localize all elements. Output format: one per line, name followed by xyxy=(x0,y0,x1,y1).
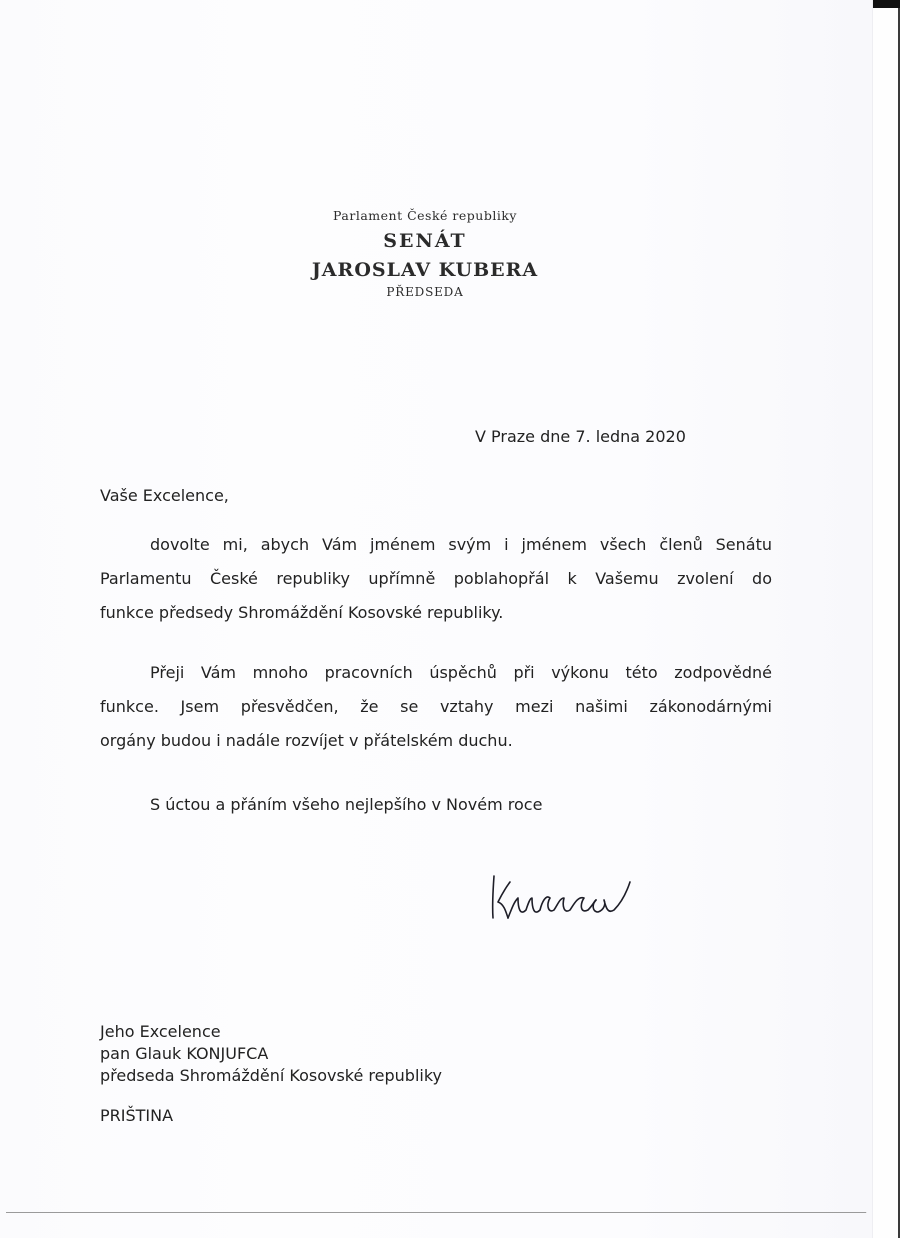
recipient-name: pan Glauk KONJUFCA xyxy=(100,1044,268,1064)
closing-line: S úctou a přáním všeho nejlepšího v Nové… xyxy=(150,795,542,815)
letterhead-name: JAROSLAV KUBERA xyxy=(250,259,600,281)
letterhead-institution: Parlament České republiky xyxy=(250,208,600,223)
letterhead-role: PŘEDSEDA xyxy=(250,285,600,299)
paragraph-2-line-1: Přeji Vám mnoho pracovních úspěchů při v… xyxy=(150,663,772,683)
date-line: V Praze dne 7. ledna 2020 xyxy=(475,427,686,447)
letterhead-chamber: SENÁT xyxy=(250,230,600,252)
recipient-role: předseda Shromáždění Kosovské republiky xyxy=(100,1066,442,1086)
paragraph-2-line-3: orgány budou i nadále rozvíjet v přátels… xyxy=(100,731,513,751)
paragraph-1-line-3: funkce předsedy Shromáždění Kosovské rep… xyxy=(100,603,503,623)
scan-margin xyxy=(872,0,900,1238)
recipient-city: PRIŠTINA xyxy=(100,1106,173,1126)
salutation: Vaše Excelence, xyxy=(100,486,229,506)
paragraph-1-line-1: dovolte mi, abych Vám jménem svým i jmén… xyxy=(150,535,772,555)
footer-divider xyxy=(6,1212,866,1213)
scan-artifact xyxy=(873,0,900,8)
paragraph-2-line-2: funkce. Jsem přesvědčen, že se vztahy me… xyxy=(100,697,772,717)
recipient-title: Jeho Excelence xyxy=(100,1022,221,1042)
signature-icon xyxy=(488,868,638,928)
paragraph-1-line-2: Parlamentu České republiky upřímně pobla… xyxy=(100,569,772,589)
letterhead-institution-text: Parlament České republiky xyxy=(333,208,517,223)
